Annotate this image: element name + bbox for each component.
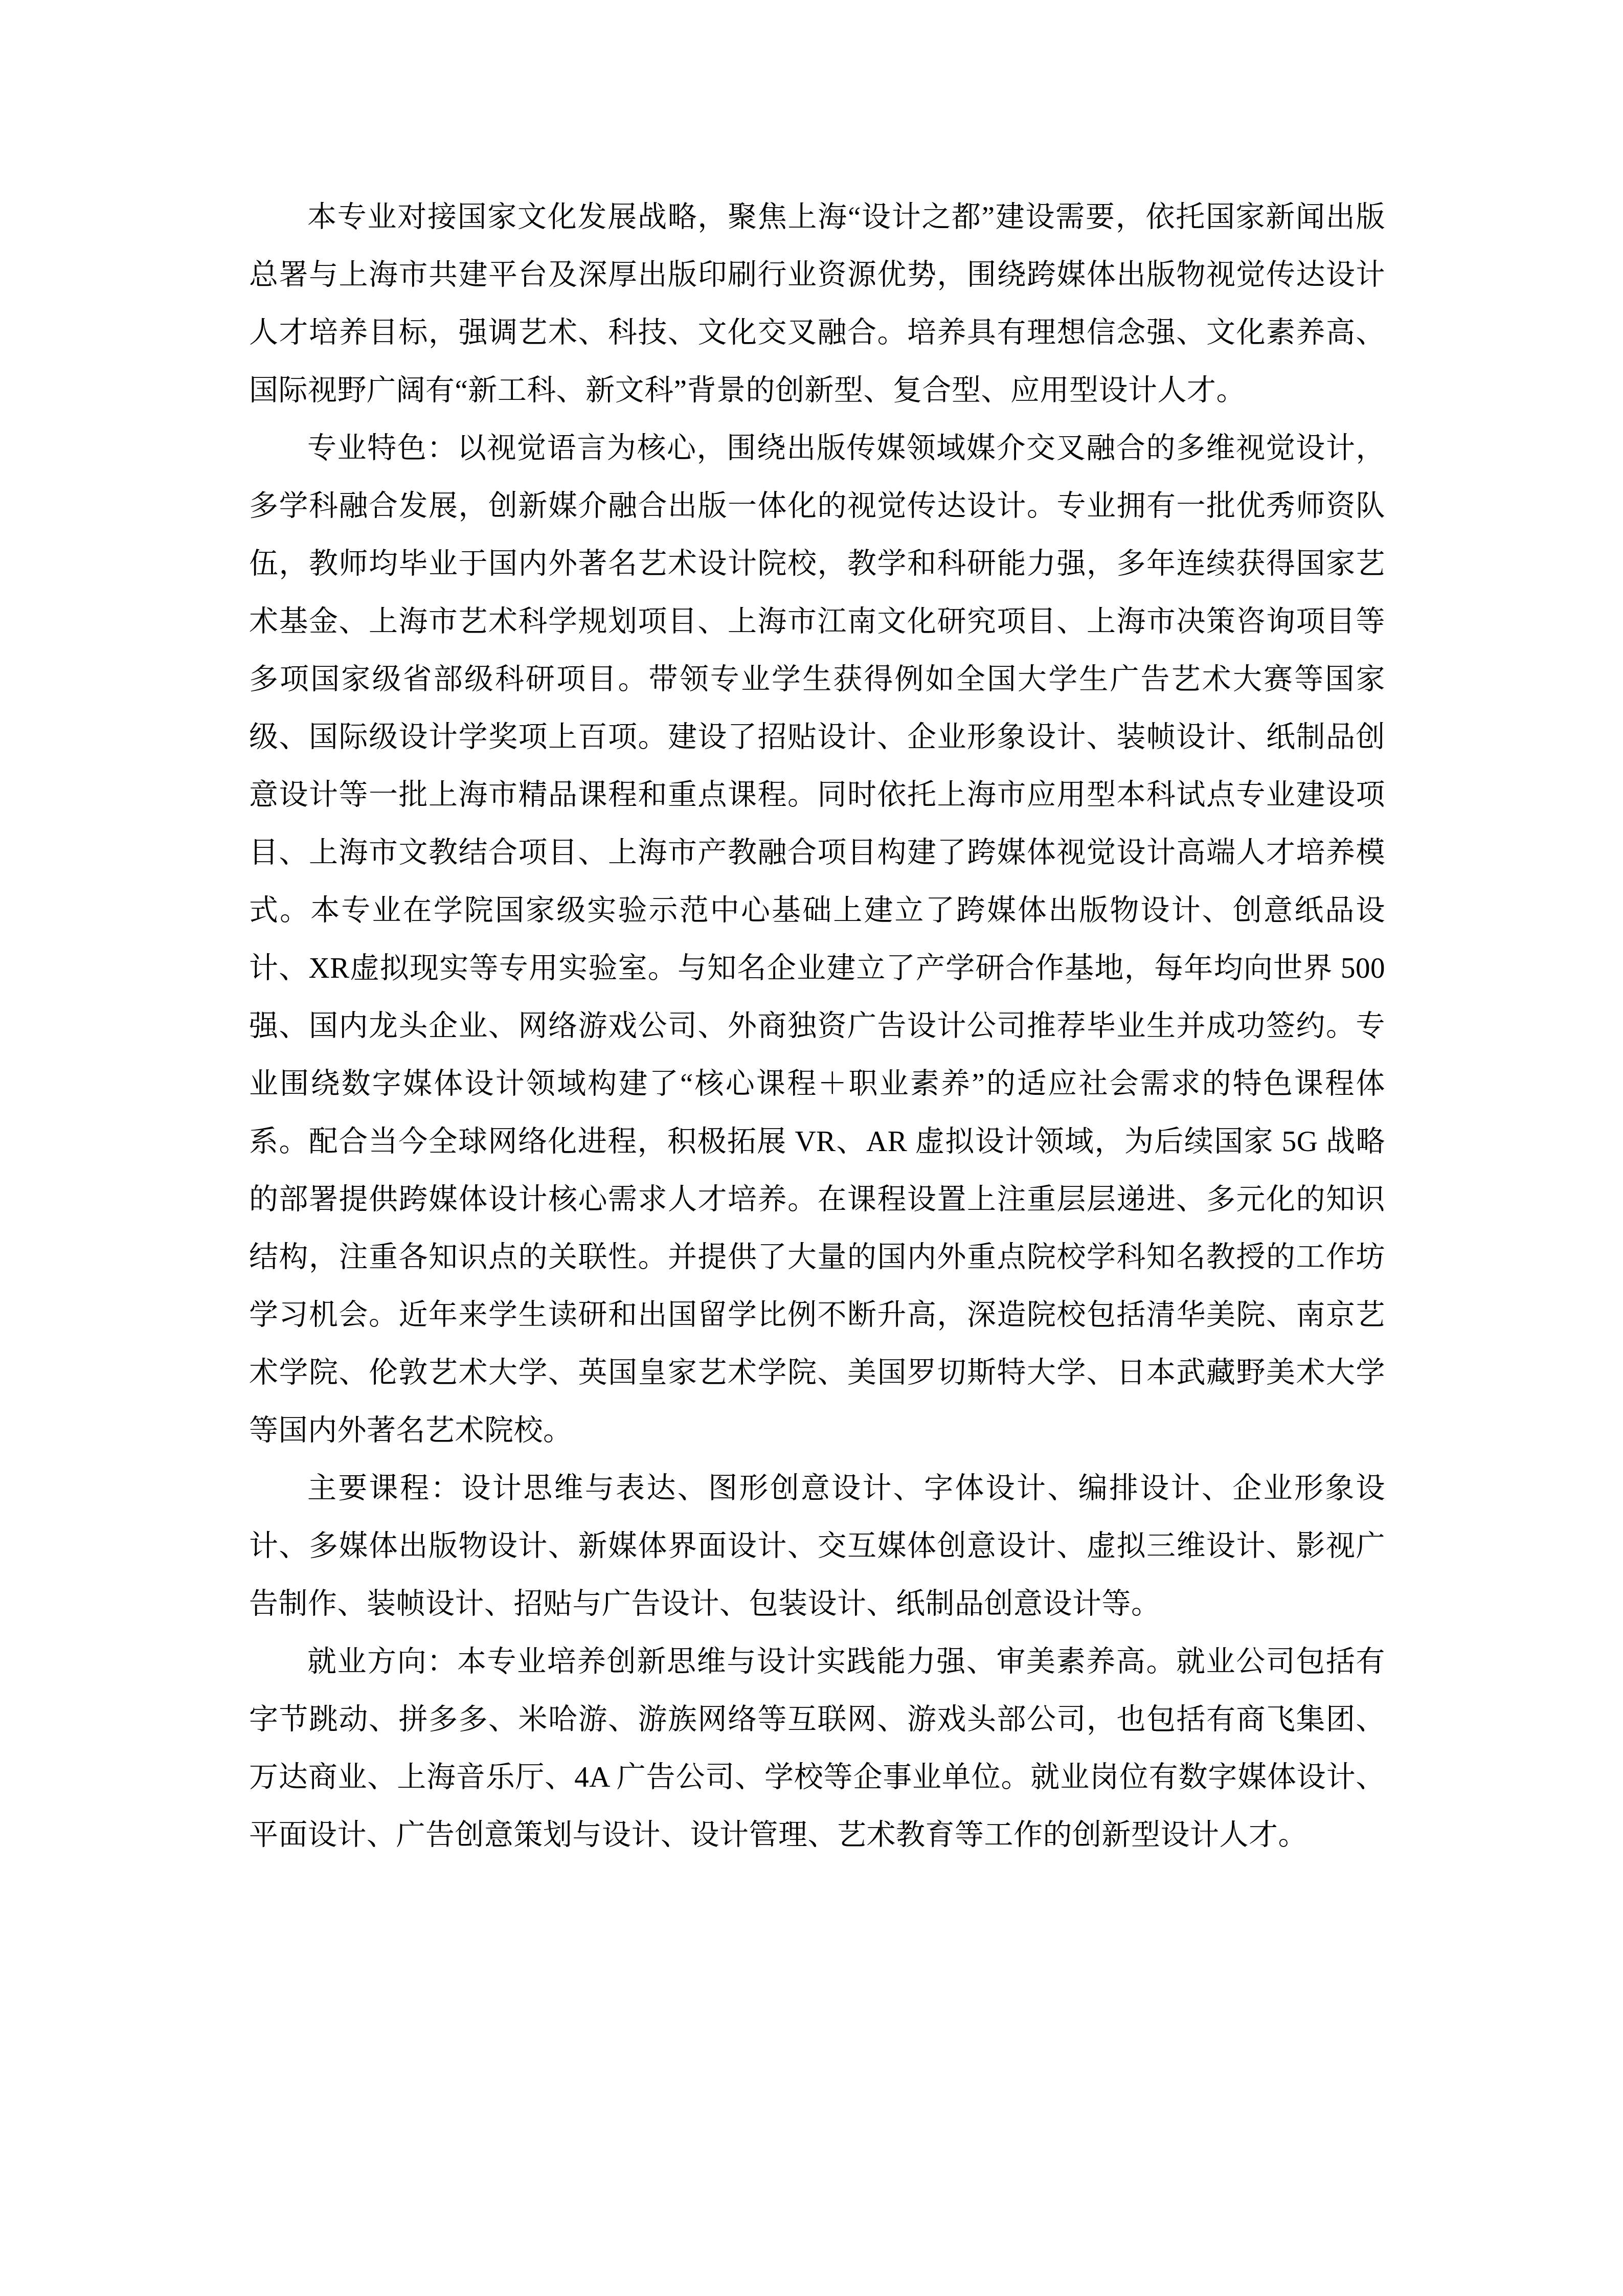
paragraph-employment-direction: 就业方向：本专业培养创新思维与设计实践能力强、审美素养高。就业公司包括有字节跳动… bbox=[249, 1633, 1385, 1864]
paragraph-major-features: 专业特色：以视觉语言为核心，围绕出版传媒领域媒介交叉融合的多维视觉设计，多学科融… bbox=[249, 419, 1385, 1459]
document-page: { "page": { "background_color": "#ffffff… bbox=[0, 0, 1623, 2296]
page-canvas: 本专业对接国家文化发展战略，聚焦上海“设计之都”建设需要，依托国家新闻出版总署与… bbox=[0, 0, 1623, 2296]
document-text-block: 本专业对接国家文化发展战略，聚焦上海“设计之都”建设需要，依托国家新闻出版总署与… bbox=[249, 188, 1385, 1864]
paragraph-overview: 本专业对接国家文化发展战略，聚焦上海“设计之都”建设需要，依托国家新闻出版总署与… bbox=[249, 188, 1385, 419]
paragraph-main-courses: 主要课程：设计思维与表达、图形创意设计、字体设计、编排设计、企业形象设计、多媒体… bbox=[249, 1459, 1385, 1633]
